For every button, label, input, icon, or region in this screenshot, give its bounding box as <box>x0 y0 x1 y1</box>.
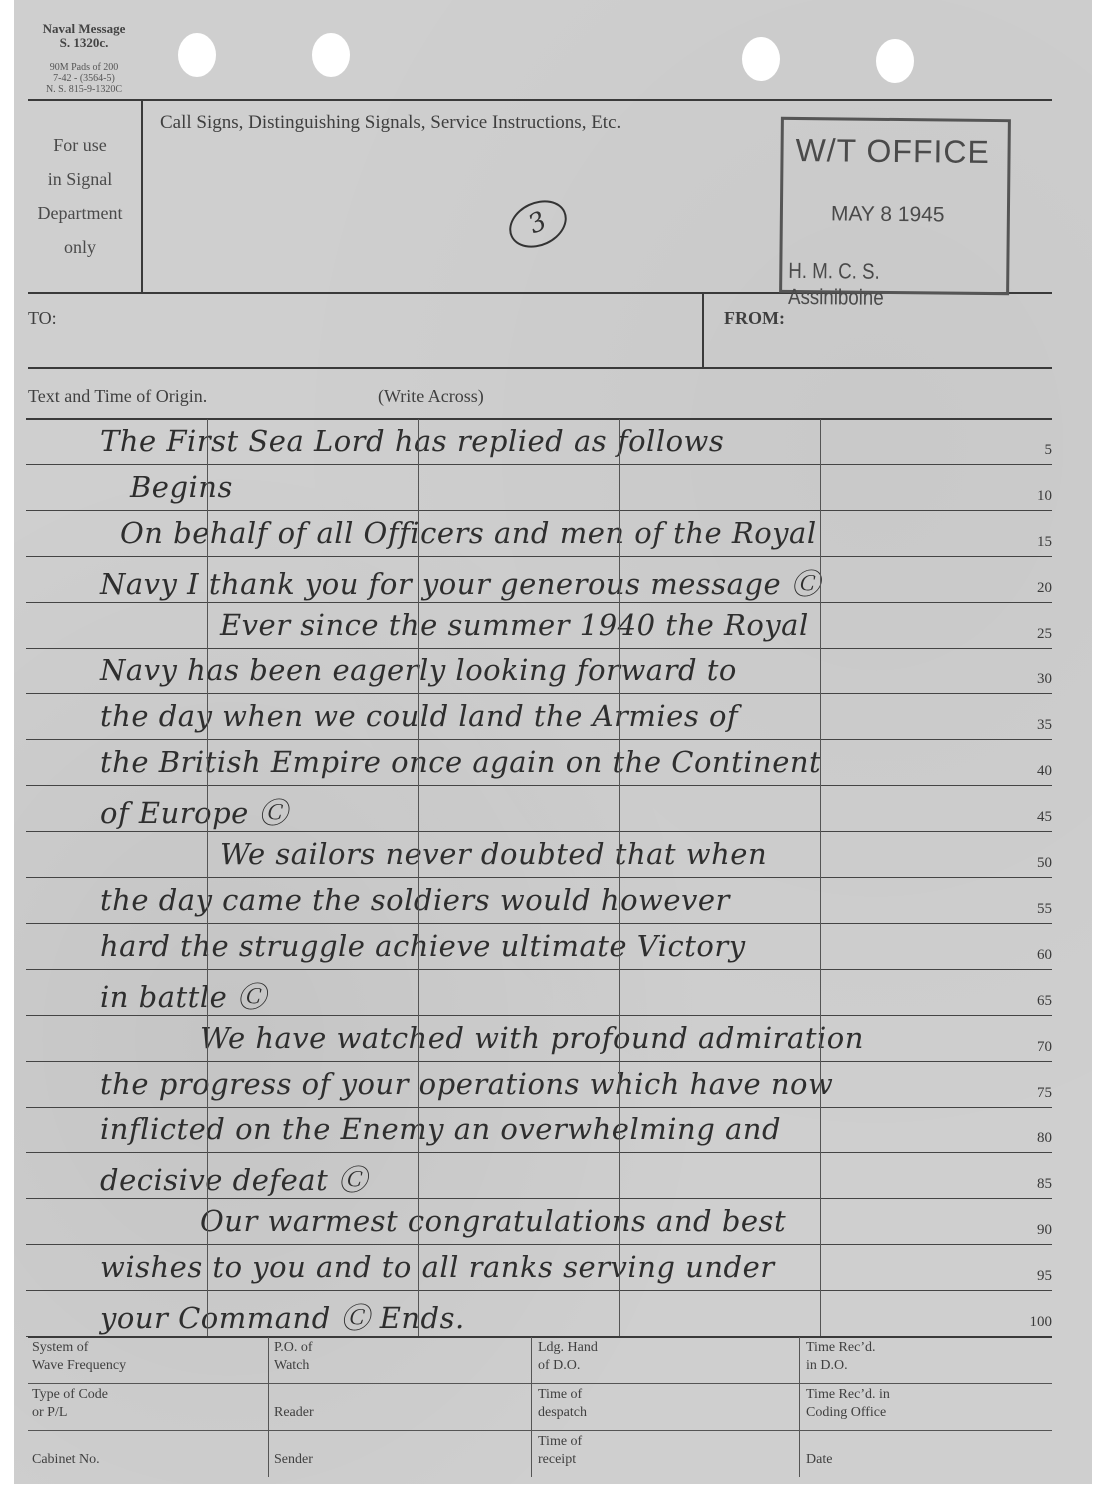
ruled-line <box>26 923 1052 924</box>
line-number: 35 <box>1012 717 1052 734</box>
line-number: 20 <box>1012 580 1052 597</box>
rule-footer-top <box>28 1336 1052 1338</box>
line-number: 40 <box>1012 763 1052 780</box>
ruled-line <box>26 969 1052 970</box>
footer-cell-label: Time of despatch <box>538 1386 587 1422</box>
ruled-line <box>26 785 1052 786</box>
line-number: 45 <box>1012 809 1052 826</box>
line-number: 80 <box>1012 1130 1052 1147</box>
ruled-line <box>26 510 1052 511</box>
line-number: 85 <box>1012 1176 1052 1193</box>
line-number: 5 <box>1012 442 1052 459</box>
footer-cell-label: Ldg. Hand of D.O. <box>538 1339 598 1375</box>
line-number: 15 <box>1012 534 1052 551</box>
handwritten-line: decisive defeat Ⓒ <box>100 1158 367 1199</box>
handwritten-line: the British Empire once again on the Con… <box>100 745 821 779</box>
handwritten-line: Our warmest congratulations and best <box>200 1204 786 1238</box>
handwritten-line: We sailors never doubted that when <box>220 837 767 871</box>
footer-cell-label: Date <box>806 1433 832 1469</box>
handwritten-line: We have watched with profound admiration <box>200 1021 864 1055</box>
ruled-line <box>26 648 1052 649</box>
footer-cell-label: System of Wave Frequency <box>32 1339 126 1375</box>
ruled-line <box>26 739 1052 740</box>
footer-column-rule <box>799 1337 800 1477</box>
column-rule <box>418 419 419 1337</box>
ruled-line <box>26 1290 1052 1291</box>
handwritten-line: in battle Ⓒ <box>100 975 267 1016</box>
ruled-line <box>26 1061 1052 1062</box>
line-number: 70 <box>1012 1039 1052 1056</box>
line-number: 95 <box>1012 1268 1052 1285</box>
line-number: 30 <box>1012 671 1052 688</box>
line-number: 55 <box>1012 901 1052 918</box>
column-rule <box>820 419 821 1337</box>
handwritten-line: the progress of your operations which ha… <box>100 1067 833 1101</box>
line-number: 50 <box>1012 855 1052 872</box>
handwritten-line: wishes to you and to all ranks serving u… <box>100 1250 775 1284</box>
ruled-line <box>26 1107 1052 1108</box>
handwritten-line: inflicted on the Enemy an overwhelming a… <box>100 1112 781 1146</box>
line-number: 90 <box>1012 1222 1052 1239</box>
handwritten-line: the day when we could land the Armies of <box>100 699 738 733</box>
footer-cell-label: Sender <box>274 1433 313 1469</box>
handwritten-line: the day came the soldiers would however <box>100 883 730 917</box>
handwritten-line: Begins <box>130 470 233 504</box>
ruled-line <box>26 464 1052 465</box>
handwritten-line: Navy I thank you for your generous messa… <box>100 562 820 603</box>
footer-cell-label: P.O. of Watch <box>274 1339 313 1375</box>
handwritten-line: On behalf of all Officers and men of the… <box>120 516 817 550</box>
footer-cell-label: Type of Code or P/L <box>32 1386 108 1422</box>
handwritten-line: hard the struggle achieve ultimate Victo… <box>100 929 746 963</box>
handwritten-line: The First Sea Lord has replied as follow… <box>100 424 724 458</box>
footer-cell-label: Time Rec’d. in Coding Office <box>806 1386 890 1422</box>
line-number: 75 <box>1012 1085 1052 1102</box>
rule-footer-row <box>28 1430 1052 1431</box>
footer-column-rule <box>531 1337 532 1477</box>
line-number: 60 <box>1012 947 1052 964</box>
rule-footer-row <box>28 1383 1052 1384</box>
line-number: 25 <box>1012 626 1052 643</box>
footer-cell-label: Time Rec’d. in D.O. <box>806 1339 875 1375</box>
ruled-line <box>26 1244 1052 1245</box>
line-number: 10 <box>1012 488 1052 505</box>
footer-cell-label: Time of receipt <box>538 1433 582 1469</box>
line-number: 100 <box>1012 1314 1052 1331</box>
line-number: 65 <box>1012 993 1052 1010</box>
message-text-area[interactable]: The First Sea Lord has replied as follow… <box>0 0 1100 1491</box>
column-rule <box>619 419 620 1337</box>
handwritten-line: Ever since the summer 1940 the Royal <box>220 608 809 642</box>
footer-cell-label: Reader <box>274 1386 314 1422</box>
ruled-line <box>26 877 1052 878</box>
footer-cell-label: Cabinet No. <box>32 1433 100 1469</box>
footer-column-rule <box>268 1337 269 1477</box>
ruled-line <box>26 693 1052 694</box>
ruled-line <box>26 556 1052 557</box>
handwritten-line: your Command Ⓒ Ends. <box>100 1296 465 1337</box>
column-rule <box>207 419 208 1337</box>
ruled-line <box>26 1152 1052 1153</box>
handwritten-line: of Europe Ⓒ <box>100 791 288 832</box>
